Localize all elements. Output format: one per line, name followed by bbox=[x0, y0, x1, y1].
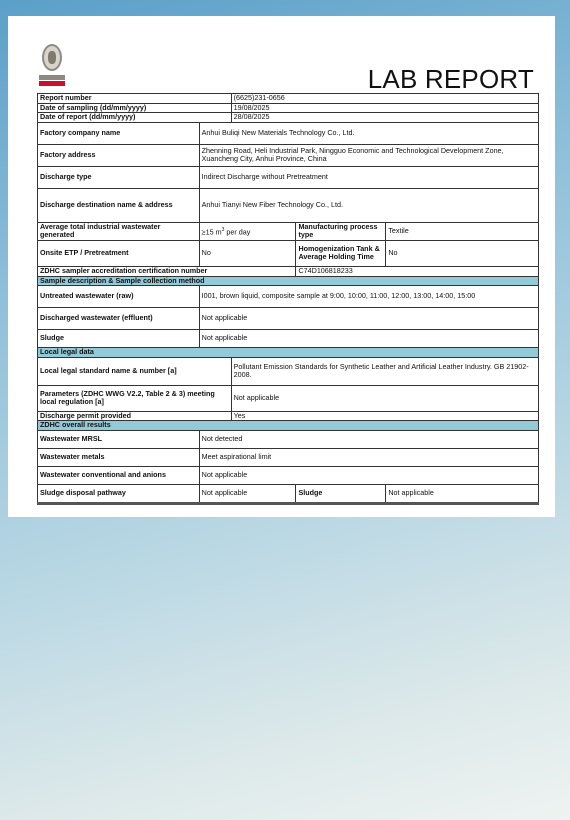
sludge-pathway-value: Not applicable bbox=[199, 484, 296, 502]
logo-veritas-bar bbox=[39, 81, 65, 86]
mrsl-label: Wastewater MRSL bbox=[38, 430, 200, 448]
date-sampling-value: 19/08/2025 bbox=[231, 103, 538, 113]
untreated-value: I001, brown liquid, composite sample at … bbox=[199, 286, 538, 308]
table-row: Average total industrial wastewater gene… bbox=[38, 222, 539, 240]
date-report-value: 28/08/2025 bbox=[231, 113, 538, 123]
table-row: Sludge disposal pathway Not applicable S… bbox=[38, 484, 539, 502]
table-row: Wastewater metals Meet aspirational limi… bbox=[38, 448, 539, 466]
sludge-label: Sludge bbox=[38, 330, 200, 348]
avg-wastewater-value: ≥15 m3 per day bbox=[199, 222, 296, 240]
manufacturing-type-label: Manufacturing process type bbox=[296, 222, 386, 240]
table-row: Discharge permit provided Yes bbox=[38, 411, 539, 421]
date-report-label: Date of report (dd/mm/yyyy) bbox=[38, 113, 232, 123]
table-row: Date of report (dd/mm/yyyy) 28/08/2025 bbox=[38, 113, 539, 123]
factory-address-label: Factory address bbox=[38, 144, 200, 166]
sludge-pathway-label: Sludge disposal pathway bbox=[38, 484, 200, 502]
mrsl-value: Not detected bbox=[199, 430, 538, 448]
legal-section-heading: Local legal data bbox=[38, 348, 539, 358]
table-row: ZDHC sampler accreditation certification… bbox=[38, 266, 539, 276]
page-title: LAB REPORT bbox=[368, 64, 534, 95]
section-header: ZDHC overall results bbox=[38, 421, 539, 431]
results-section-heading: ZDHC overall results bbox=[38, 421, 539, 431]
table-row: Factory address Zhenning Road, Heli Indu… bbox=[38, 144, 539, 166]
factory-name-label: Factory company name bbox=[38, 122, 200, 144]
metals-value: Meet aspirational limit bbox=[199, 448, 538, 466]
discharge-type-label: Discharge type bbox=[38, 166, 200, 188]
manufacturing-type-value: Textile bbox=[386, 222, 539, 240]
seal-icon bbox=[42, 44, 62, 71]
table-row: Discharge destination name & address Anh… bbox=[38, 188, 539, 222]
parameters-value: Not applicable bbox=[231, 385, 538, 411]
table-row: Discharge type Indirect Discharge withou… bbox=[38, 166, 539, 188]
conventional-label: Wastewater conventional and anions bbox=[38, 466, 200, 484]
permit-value: Yes bbox=[231, 411, 538, 421]
section-header: Sample description & Sample collection m… bbox=[38, 276, 539, 286]
discharged-label: Discharged wastewater (effluent) bbox=[38, 308, 200, 330]
table-row: Onsite ETP / Pretreatment No Homogenizat… bbox=[38, 240, 539, 266]
report-page: LAB REPORT Report number (6625)231-0656 … bbox=[8, 16, 555, 517]
report-table: Report number (6625)231-0656 Date of sam… bbox=[37, 93, 539, 503]
sampler-cert-value: C74D106818233 bbox=[296, 266, 539, 276]
results-sludge-label: Sludge bbox=[296, 484, 386, 502]
conventional-value: Not applicable bbox=[199, 466, 538, 484]
homogenization-label: Homogenization Tank & Average Holding Ti… bbox=[296, 240, 386, 266]
legal-standard-value: Pollutant Emission Standards for Synthet… bbox=[231, 357, 538, 385]
discharge-destination-value: Anhui Tianyi New Fiber Technology Co., L… bbox=[199, 188, 538, 222]
metals-label: Wastewater metals bbox=[38, 448, 200, 466]
discharged-value: Not applicable bbox=[199, 308, 538, 330]
untreated-label: Untreated wastewater (raw) bbox=[38, 286, 200, 308]
table-row: Wastewater conventional and anions Not a… bbox=[38, 466, 539, 484]
table-row: Sludge Not applicable bbox=[38, 330, 539, 348]
table-row: Discharged wastewater (effluent) Not app… bbox=[38, 308, 539, 330]
discharge-type-value: Indirect Discharge without Pretreatment bbox=[199, 166, 538, 188]
legal-standard-label: Local legal standard name & number [a] bbox=[38, 357, 232, 385]
logo-bureau-bar bbox=[39, 75, 65, 80]
results-sludge-value: Not applicable bbox=[386, 484, 539, 502]
parameters-label: Parameters (ZDHC WWG V2.2, Table 2 & 3) … bbox=[38, 385, 232, 411]
footer-divider bbox=[37, 502, 539, 505]
report-number-label: Report number bbox=[38, 94, 232, 104]
homogenization-value: No bbox=[386, 240, 539, 266]
table-row: Untreated wastewater (raw) I001, brown l… bbox=[38, 286, 539, 308]
report-number-value: (6625)231-0656 bbox=[231, 94, 538, 104]
table-row: Factory company name Anhui Buliqi New Ma… bbox=[38, 122, 539, 144]
sample-section-heading: Sample description & Sample collection m… bbox=[38, 276, 539, 286]
sampler-cert-label: ZDHC sampler accreditation certification… bbox=[38, 266, 296, 276]
table-row: Local legal standard name & number [a] P… bbox=[38, 357, 539, 385]
discharge-destination-label: Discharge destination name & address bbox=[38, 188, 200, 222]
table-row: Report number (6625)231-0656 bbox=[38, 94, 539, 104]
table-row: Wastewater MRSL Not detected bbox=[38, 430, 539, 448]
table-row: Parameters (ZDHC WWG V2.2, Table 2 & 3) … bbox=[38, 385, 539, 411]
onsite-etp-value: No bbox=[199, 240, 296, 266]
factory-address-value: Zhenning Road, Heli Industrial Park, Nin… bbox=[199, 144, 538, 166]
onsite-etp-label: Onsite ETP / Pretreatment bbox=[38, 240, 200, 266]
factory-name-value: Anhui Buliqi New Materials Technology Co… bbox=[199, 122, 538, 144]
avg-wastewater-label: Average total industrial wastewater gene… bbox=[38, 222, 200, 240]
section-header: Local legal data bbox=[38, 348, 539, 358]
bureau-veritas-logo bbox=[39, 44, 65, 89]
sludge-value: Not applicable bbox=[199, 330, 538, 348]
